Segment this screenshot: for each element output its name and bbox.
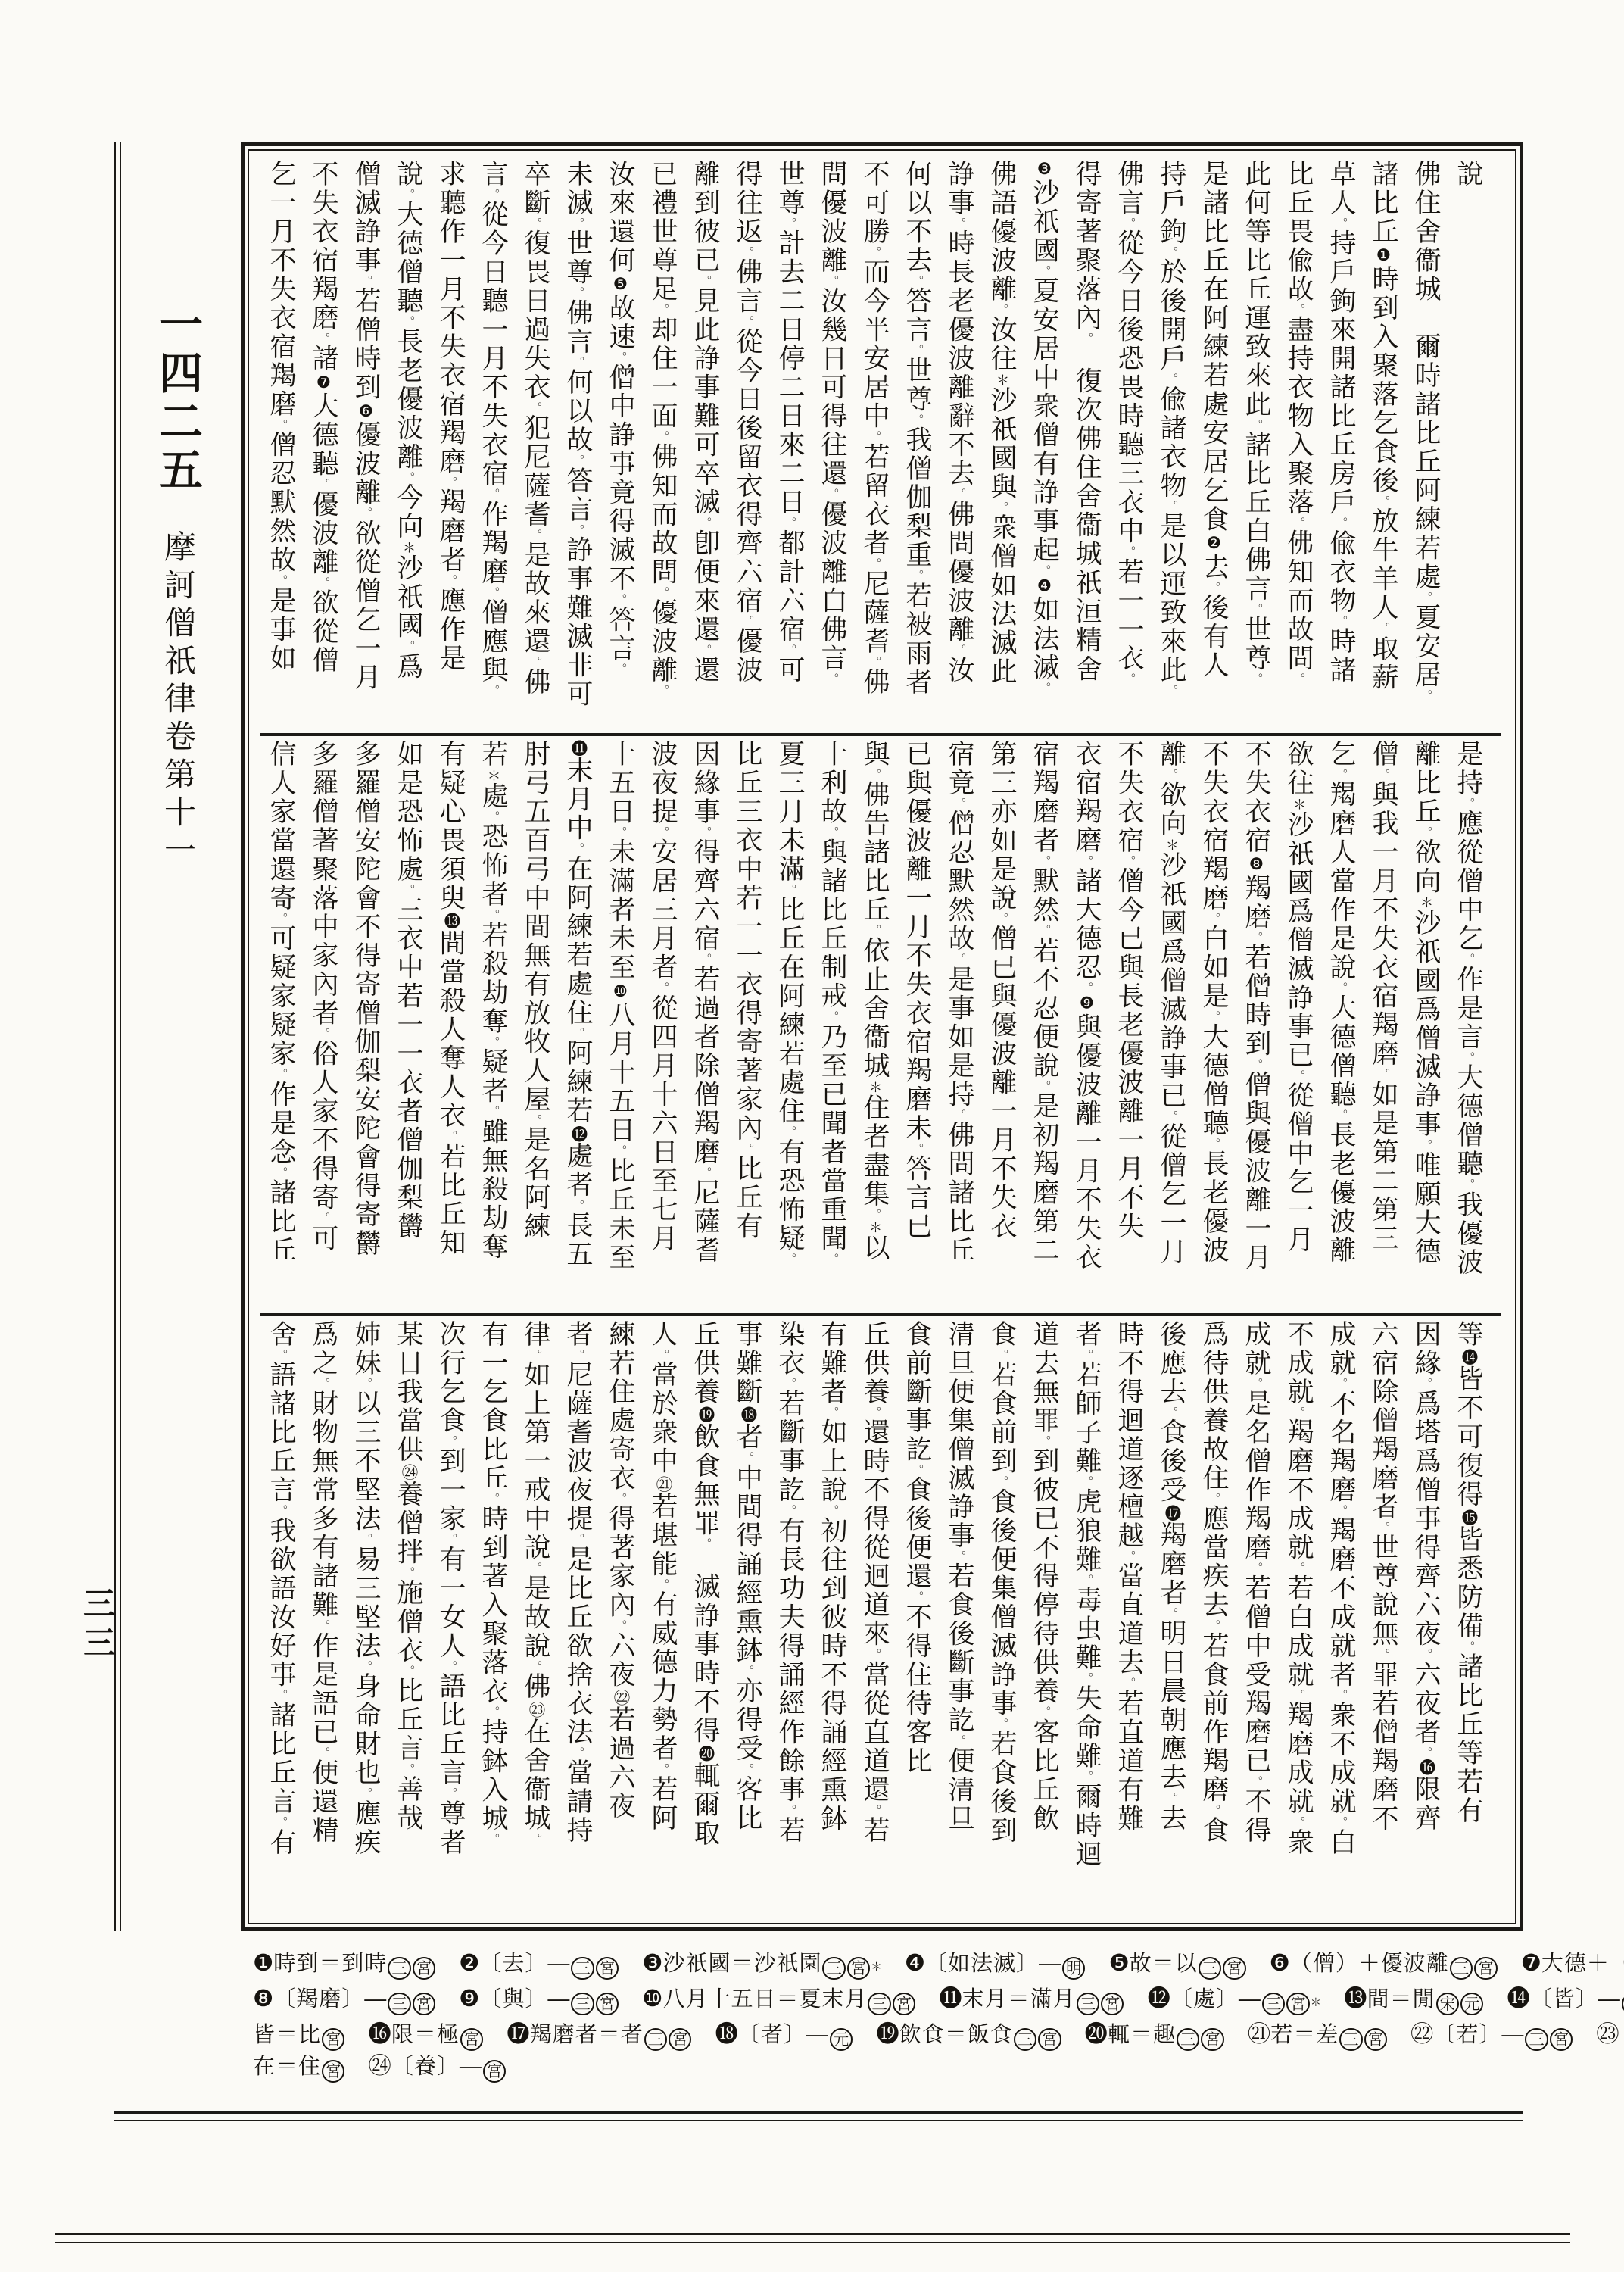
text-column: 乞一月不失衣宿羯磨。僧忍默然故。是事如 (260, 160, 302, 729)
text-band-upper: 說佛住舍衞城 爾時諸比丘阿練若處。夏安居。諸比丘❶時到入聚落乞食後。放牛羊人。取… (260, 160, 1489, 729)
text-column: 事難斷⓲者。中間得誦經熏鉢。亦得受。客比 (726, 1320, 768, 1890)
text-column: 言。從今日聽一月不失衣宿。作羯磨。僧應與。 (472, 160, 514, 729)
text-column: 等⓮皆不可復得⓯皆悉防備。諸比丘等若有 (1447, 1320, 1489, 1890)
text-column: 汝來還何❺故速。僧中諍事竟得滅不。答言。 (599, 160, 641, 729)
text-column: 離比丘。欲向＊沙祇國爲僧滅諍事。唯願大德 (1404, 740, 1447, 1309)
text-column: 卒斷。復畏日過失衣。犯尼薩耆。是故來還。佛 (514, 160, 556, 729)
scanned-canon-page: 一四二五 摩訶僧祇律卷第十一 三三 說佛住舍衞城 爾時諸比丘阿練若處。夏安居。諸… (0, 0, 1624, 2272)
text-column: 十利故。與諸比丘制戒。乃至已聞者當重聞。 (811, 740, 853, 1309)
text-column: 佛言。從今日後恐畏時聽三衣中。若一一衣。 (1108, 160, 1150, 729)
text-column: 不成就。羯磨不成就。若白成就。羯磨成就。衆 (1277, 1320, 1320, 1890)
band-divider (260, 1313, 1501, 1316)
text-column: 某日我當供㉔養僧拌。施僧衣。比丘言。善哉 (387, 1320, 429, 1890)
text-band-lower: 等⓮皆不可復得⓯皆悉防備。諸比丘等若有因緣。爲塔爲僧事得齊六夜。六夜者。⓰限齊六… (260, 1320, 1489, 1890)
text-column: 清旦便集僧滅諍事。若食後斷事訖。便清旦 (938, 1320, 980, 1890)
text-column: 問優波離。汝幾日可得往還。優波離白佛言。 (811, 160, 853, 729)
text-column: 比丘畏偸故。盡持衣物入聚落。佛知而故問。 (1277, 160, 1320, 729)
text-band-middle: 是持。應從僧中乞。作是言。大德僧聽。我優波離比丘。欲向＊沙祇國爲僧滅諍事。唯願大… (260, 740, 1489, 1309)
text-column: 若＊處。恐怖者。若殺劫奪。疑者。雖無殺劫奪 (472, 740, 514, 1309)
text-column: 宿竟。僧忍默然故。是事如是持。佛問諸比丘 (938, 740, 980, 1309)
text-column: 人。當於衆中㉑若堪能。有威德力勢者。若阿 (641, 1320, 684, 1890)
text-column: 如是恐怖處。三衣中若一一衣者僧伽梨欝 (387, 740, 429, 1309)
text-column: 多羅僧著聚落中家內者。俗人家不得寄。可 (302, 740, 344, 1309)
text-column: 姉妹。以三不堅法。易三堅法。身命財也。應疾 (344, 1320, 387, 1890)
text-column: ⓫末月中。在阿練若處住。阿練若⓬處者。長五 (556, 740, 599, 1309)
text-column: 者。尼薩耆波夜提。是比丘欲捨衣法。當請持 (556, 1320, 599, 1890)
text-column: 得寄著聚落內。 復次佛住舍衞城祇洹精舍 (1065, 160, 1108, 729)
text-column: 因緣。爲塔爲僧事得齊六夜。六夜者。⓰限齊 (1404, 1320, 1447, 1890)
text-column: 得往返。佛言。從今日後留衣得齊六宿。優波 (726, 160, 768, 729)
text-column: 佛語優波離。汝往＊沙祇國與。衆僧如法滅此 (980, 160, 1023, 729)
text-column: 比丘三衣中若一一衣得寄著家內。比丘有 (726, 740, 768, 1309)
text-column: 次行乞食。到一家。有一女人。語比丘言。尊者 (429, 1320, 472, 1890)
text-column: 此何等比丘運致來此。諸比丘白佛言。世尊。 (1235, 160, 1277, 729)
text-column: 不失衣宿❽羯磨。若僧時到。僧與優波離一月 (1235, 740, 1277, 1309)
footnote-line: ❶時到＝到時三宮 ❷〔去〕―三宮 ❸沙祇國＝沙祇園三宮＊ ❹〔如法滅〕―明 ❺故… (253, 1948, 1510, 1983)
text-frame: 說佛住舍衞城 爾時諸比丘阿練若處。夏安居。諸比丘❶時到入聚落乞食後。放牛羊人。取… (241, 142, 1523, 1931)
bottom-rule (114, 2111, 1523, 2114)
text-column: 染衣。若斷事訖。有長功夫得誦經作餘事。若 (768, 1320, 811, 1890)
text-column: 因緣事。得齊六宿。若過者除僧羯磨。尼薩耆 (684, 740, 726, 1309)
text-column: 丘供養⓳飲食無罪。 滅諍事時不得⓴輒爾取 (684, 1320, 726, 1890)
text-column: 成就。不名羯磨。羯磨不成就者。衆不成就。白 (1320, 1320, 1362, 1890)
text-column: 佛住舍衞城 爾時諸比丘阿練若處。夏安居。 (1404, 160, 1447, 729)
text-column: 乞。羯磨人當作是說。大德僧聽。長老優波離 (1320, 740, 1362, 1309)
bottom-rule (114, 2120, 1523, 2121)
text-column: 有疑心畏須臾⓭間當殺人奪人衣。若比丘知 (429, 740, 472, 1309)
text-column: 律。如上第一戒中說。是故說。佛㉓在舍衞城。 (514, 1320, 556, 1890)
footnote-line: 皆＝比宮 ⓰限＝極宮 ⓱羯磨者＝者三宮 ⓲〔者〕―元 ⓳飲食＝飯食三宮 ⓴輒＝趣… (253, 2019, 1510, 2051)
text-column: 夏三月未滿。比丘在阿練若處住。有恐怖疑。 (768, 740, 811, 1309)
canon-number-label: 一四二五 (145, 301, 209, 495)
text-column: 持戶鉤。於後開戶。偸諸衣物。是以運致來此。 (1150, 160, 1192, 729)
text-column: 多羅僧安陀會不得寄僧伽梨安陀會得寄欝 (344, 740, 387, 1309)
text-column: 僧。與我一月不失衣宿羯磨。如是第二第三 (1362, 740, 1404, 1309)
text-column: 未滅。世尊。佛言。何以故。答言。諍事難滅非可 (556, 160, 599, 729)
text-column: 已禮世尊足。却住一面。佛知而故問。優波離。 (641, 160, 684, 729)
text-column: 道去無罪。到彼已不得停待供養。客比丘飲 (1023, 1320, 1065, 1890)
text-column: 衣宿羯磨。諸大德忍。❾與優波離一月不失衣 (1065, 740, 1108, 1309)
text-column: 爲待供養故住。應當疾去。若食前作羯磨。食 (1192, 1320, 1235, 1890)
text-column: 說。大德僧聽。長老優波離。今向＊沙祇國。爲 (387, 160, 429, 729)
page-edge-rule (55, 2242, 1570, 2243)
footnote-line: ❽〔羯磨〕―三宮 ❾〔與〕―三宮 ❿八月十五日＝夏末月三宮 ⓫末月＝滿月三宮 ⓬… (253, 1983, 1510, 2019)
text-column: 十五日。未滿者未至❿八月十五日。比丘未至 (599, 740, 641, 1309)
text-column: 六宿除僧羯磨者。世尊說無。罪若僧羯磨不 (1362, 1320, 1404, 1890)
text-column: 者。若師子難。虎狼難。毒虫難。失命難。爾時迴 (1065, 1320, 1108, 1890)
text-column: 丘供養。還時不得從迴道來。當從直道還。若 (853, 1320, 896, 1890)
text-column: 諍事。時長老優波離辭不去。佛問優波離。汝 (938, 160, 980, 729)
footnote-apparatus: ❶時到＝到時三宮 ❷〔去〕―三宮 ❸沙祇國＝沙祇園三宮＊ ❹〔如法滅〕―明 ❺故… (253, 1948, 1510, 2083)
page-number-label: 三三 (74, 1587, 120, 1665)
text-column: 諸比丘❶時到入聚落乞食後。放牛羊人。取薪 (1362, 160, 1404, 729)
band-divider (260, 733, 1501, 736)
text-column: 不失衣宿羯磨。諸❼大德聽。優波離。欲從僧 (302, 160, 344, 729)
text-column: 已與優波離一月不失衣宿羯磨未。答言已 (896, 740, 938, 1309)
text-column: 與。佛告諸比丘。依止舍衞城＊住者盡集。＊以 (853, 740, 896, 1309)
text-column: 不失衣宿羯磨。白如是。大德僧聽。長老優波 (1192, 740, 1235, 1309)
text-column: 僧滅諍事。若僧時到❻優波離。欲從僧乞一月 (344, 160, 387, 729)
text-column: 後應去。食後受⓱羯磨者。明日晨朝應去。去 (1150, 1320, 1192, 1890)
text-frame-inner: 說佛住舍衞城 爾時諸比丘阿練若處。夏安居。諸比丘❶時到入聚落乞食後。放牛羊人。取… (248, 149, 1516, 1924)
text-column: 第三亦如是說。僧已與優波離一月不失衣 (980, 740, 1023, 1309)
text-column: 成就。是名僧作羯磨。若僧中受羯磨已。不得 (1235, 1320, 1277, 1890)
text-column: 是諸比丘在阿練若處安居乞食❷去。後有人 (1192, 160, 1235, 729)
volume-title-label: 摩訶僧祇律卷第十一 (155, 530, 201, 871)
text-column: 求聽作一月不失衣宿羯磨。羯磨者。應作是 (429, 160, 472, 729)
text-column: 是持。應從僧中乞。作是言。大德僧聽。我優波 (1447, 740, 1489, 1309)
text-column: 不可勝。而今半安居中。若留衣者。尼薩耆。佛 (853, 160, 896, 729)
text-column: 有難者。如上說。初往到彼時不得誦經熏鉢 (811, 1320, 853, 1890)
text-column: 有一乞食比丘。時到著入聚落衣。持鉢入城。 (472, 1320, 514, 1890)
text-column: 說 (1447, 160, 1489, 729)
text-column: 宿羯磨者。默然。若不忍便說。是初羯磨第二 (1023, 740, 1065, 1309)
text-column: 信人家當還寄。可疑家疑家。作是念。諸比丘 (260, 740, 302, 1309)
text-column: 食。若食前到。食後便集僧滅諍事。若食後到 (980, 1320, 1023, 1890)
text-column: 離到彼已。見此諍事難可卒滅。卽便來還。還 (684, 160, 726, 729)
text-column: 爲之。財物無常多有諸難。作是語已。便還精 (302, 1320, 344, 1890)
text-column: 離。欲向＊沙祇國爲僧滅諍事已。從僧乞一月 (1150, 740, 1192, 1309)
text-column: 練若住處寄衣。得著家內。六夜㉒若過六夜 (599, 1320, 641, 1890)
text-column: 波夜提。安居三月者。從四月十六日至七月 (641, 740, 684, 1309)
text-column: 食前斷事訖。食後便還。不得住待客比 (896, 1320, 938, 1890)
text-column: 何以不去。答言。世尊。我僧伽梨重。若被雨者 (896, 160, 938, 729)
text-column: 時不得迴道逐檀越。當直道去。若直道有難 (1108, 1320, 1150, 1890)
text-column: 肘弓五百弓中間無有放牧人屋。是名阿練 (514, 740, 556, 1309)
text-column: 草人。持戶鉤來開諸比丘房戶。偸衣物。時諸 (1320, 160, 1362, 729)
text-column: 舍。語諸比丘言。我欲語汝好事。諸比丘言。有 (260, 1320, 302, 1890)
text-column: 不失衣宿。僧今已與長老優波離一月不失 (1108, 740, 1150, 1309)
page-edge-rule (55, 2233, 1570, 2235)
text-column: ❸沙祇國。夏安居中衆僧有諍事起。❹如法滅。 (1023, 160, 1065, 729)
text-column: 欲往＊沙祇國爲僧滅諍事已。從僧中乞一月 (1277, 740, 1320, 1309)
text-column: 世尊。計去二日停二日來二日。都計六宿。可 (768, 160, 811, 729)
footnote-line: 在＝住宮 ㉔〔養〕―宮 (253, 2051, 1510, 2083)
